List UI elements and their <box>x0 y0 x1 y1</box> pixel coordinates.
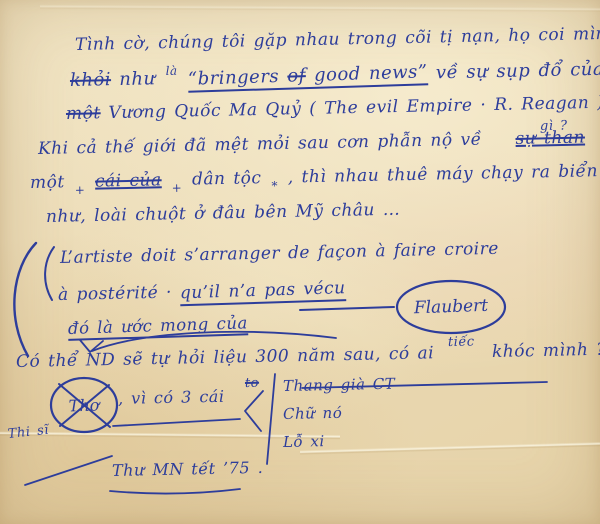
line-5-text-a: một <box>30 172 65 193</box>
diagonal-line-bottom-left <box>25 456 112 485</box>
quote-struck-of: of <box>287 65 306 87</box>
signature-line: Thư MN tết ’75 . <box>112 459 264 480</box>
tho-text: Thơ <box>68 395 99 415</box>
line-1-text: Tình cờ, chúng tôi gặp nhau trong cõi tị… <box>75 24 600 55</box>
signature-underline-stroke <box>110 489 240 494</box>
underline-vi-co-stroke <box>113 419 240 426</box>
line-5-struck-words: cái của <box>95 170 162 191</box>
line-4-insertion: gì ? <box>540 119 568 134</box>
line-8-underlined: qu’il n’a pas vécu <box>180 279 346 306</box>
list-item-1: Thang già CT <box>283 376 396 395</box>
line-2-text-b: về sự sụp đổ của <box>436 59 600 84</box>
line-4-insert-text: gì ? <box>540 118 568 134</box>
line-8-french-quote: à postérité · qu’il n’a pas vécu <box>58 280 346 308</box>
line-1: Tình cờ, chúng tôi gặp nhau trong cõi tị… <box>75 25 600 55</box>
line-8-text-a: à postérité · <box>58 282 180 305</box>
thi-si-note: Thi sĩ <box>7 424 49 443</box>
line-6: như, loài chuột ở đâu bên Mỹ châu … <box>46 201 401 227</box>
plus-mark-right: + <box>172 181 183 195</box>
line-11-struck-word: to <box>245 377 259 392</box>
line-5: một + cái của + dân tộc * , thì nhau thu… <box>30 161 600 193</box>
handwritten-note-paper: Tình cờ, chúng tôi gặp nhau trong cõi tị… <box>0 0 600 524</box>
line-2-quote: “bringers of good news” <box>188 62 428 92</box>
line-3-text-b: ( The evil Empire · R. Reagan ), <box>309 93 600 119</box>
line-10-text-a: Có thể ND sẽ tự hỏi liệu 300 năm sau, có… <box>16 343 435 372</box>
small-parenthesis-stroke <box>45 247 54 300</box>
list-item-3: Lỗ xi <box>283 433 325 450</box>
line-4: Khi cả thế giới đã mệt mỏi sau cơn phẫn … <box>38 129 585 159</box>
line-2: khỏi như là “bringers of good news” về s… <box>70 60 600 94</box>
line-10: Có thể ND sẽ tự hỏi liệu 300 năm sau, có… <box>16 341 600 372</box>
list-item-2: Chữ nó <box>283 405 343 423</box>
line-5-text-c: , thì nhau thuê máy chạy ra biển giống <box>288 160 600 188</box>
list-item-1-text: Thang già CT <box>283 375 396 395</box>
list-item-3-text: Lỗ xi <box>283 432 325 451</box>
line-7-french-quote: L’artiste doit s’arranger de façon à fai… <box>60 240 499 268</box>
line-2-text-a: như <box>119 68 156 90</box>
signature-text: Thư MN tết ’75 . <box>112 458 264 480</box>
line-3: một Vương Quốc Ma Quỷ ( The evil Empire … <box>66 94 600 124</box>
thi-si-text: Thi sĩ <box>7 423 50 442</box>
line-5-text-b: dân tộc <box>192 168 262 189</box>
tho-crossed-word: Thơ <box>50 378 118 432</box>
crease-top <box>40 5 600 13</box>
line-2-inserted-word: là <box>165 64 177 78</box>
quote-part-2: good news” <box>314 61 428 86</box>
plus-mark-left: + <box>75 183 86 197</box>
line-10-text-b: khóc mình ? <box>492 340 600 362</box>
line-9-underlined: đó là ước mong của <box>68 314 248 341</box>
line-6-text: như, loài chuột ở đâu bên Mỹ châu … <box>46 200 401 227</box>
line-7-text: L’artiste doit s’arranger de façon à fai… <box>60 239 499 268</box>
flaubert-attribution: Flaubert <box>397 281 505 333</box>
flaubert-text: Flaubert <box>414 296 489 319</box>
line-10-insert-text: tiếc <box>448 334 475 350</box>
line-3-struck-word: một <box>66 103 101 124</box>
list-vertical-bar <box>267 374 275 464</box>
line-3-text-a: Vương Quốc Ma Quỷ <box>108 99 301 123</box>
line-11-struck-text: to <box>245 376 259 391</box>
angle-bracket-stroke <box>245 391 263 431</box>
dash-to-flaubert-stroke <box>300 307 394 310</box>
list-item-2-text: Chữ nó <box>283 404 343 423</box>
line-4-text: Khi cả thế giới đã mệt mỏi sau cơn phẫn … <box>38 130 482 159</box>
big-parenthesis-stroke <box>14 243 36 356</box>
line-11: , vì có 3 cái <box>118 388 225 408</box>
quote-part-1: “bringers <box>188 66 280 90</box>
crease-right <box>300 442 600 455</box>
asterisk-mark: * <box>271 179 278 193</box>
line-9: đó là ước mong của <box>68 315 248 340</box>
line-10-insertion: tiếc <box>448 335 475 350</box>
line-11-text: , vì có 3 cái <box>118 387 225 408</box>
line-2-struck-word: khỏi <box>70 69 112 91</box>
